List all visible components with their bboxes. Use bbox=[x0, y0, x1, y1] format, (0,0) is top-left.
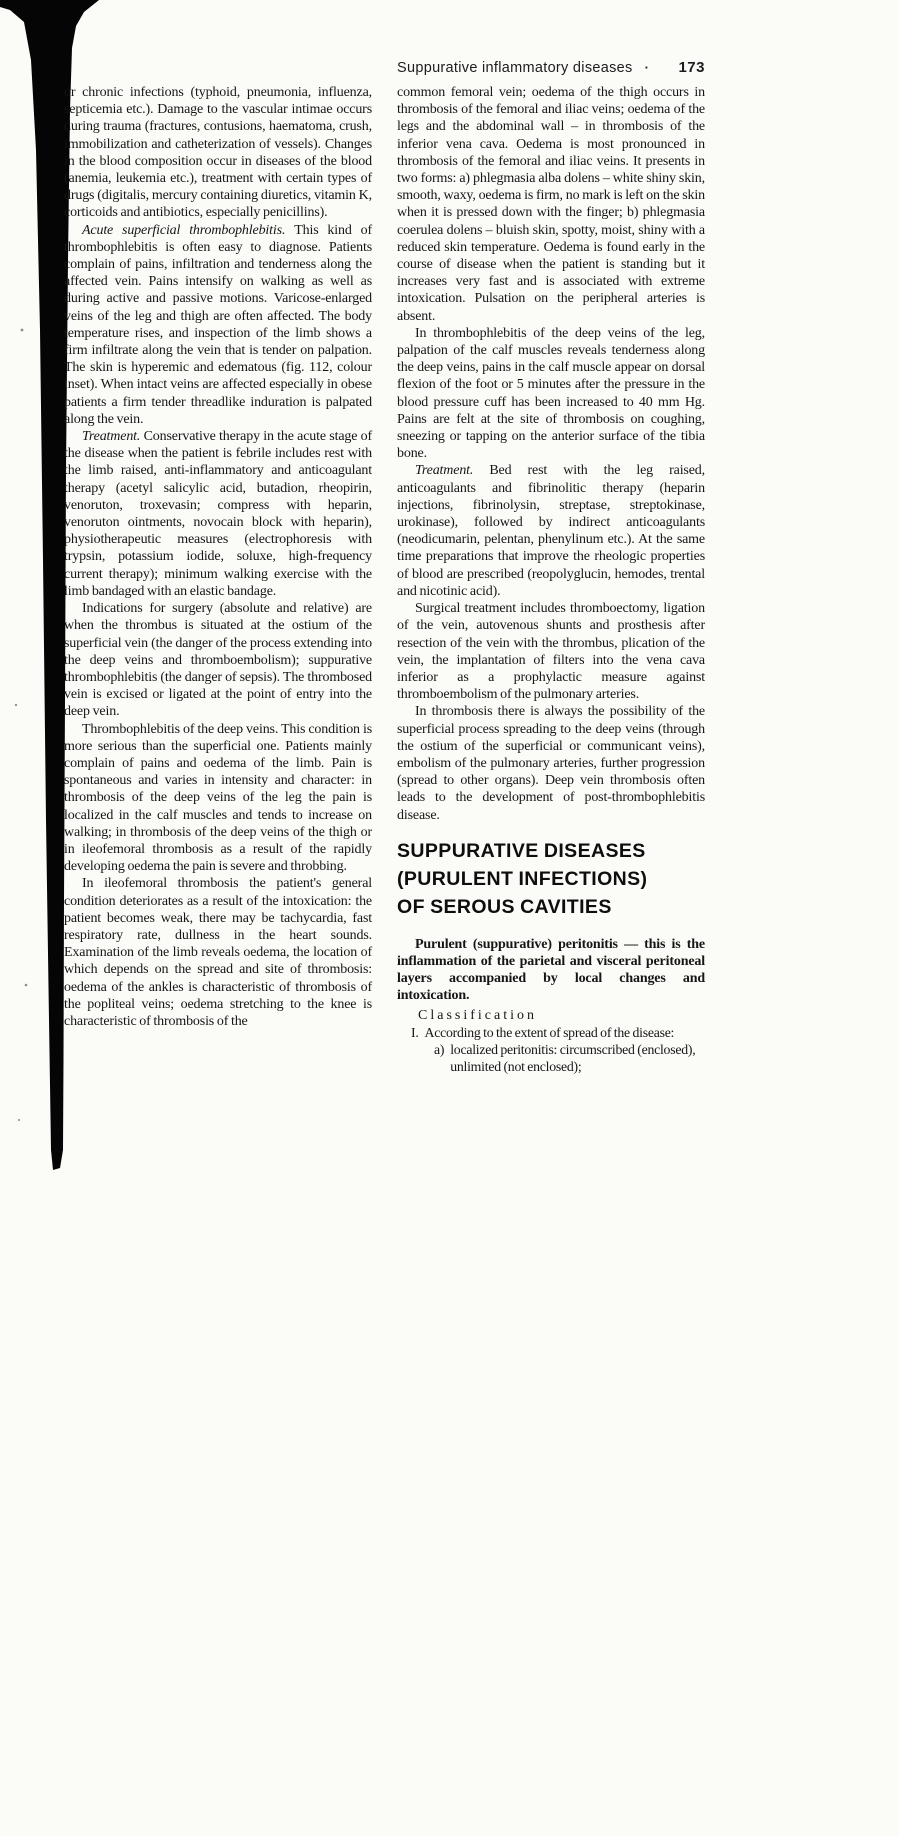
paragraph-lead: Treatment. bbox=[82, 429, 144, 444]
paragraph: In ileofemoral thrombosis the patient's … bbox=[64, 875, 372, 1030]
section-heading-line: SUPPURATIVE DISEASES bbox=[397, 837, 705, 865]
right-column: common femoral vein; oedema of the thigh… bbox=[397, 84, 705, 1075]
paragraph: Treatment. Conservative therapy in the a… bbox=[64, 428, 372, 600]
separator-dot-icon: · bbox=[645, 60, 650, 75]
paragraph-text: or chronic infections (typhoid, pneumoni… bbox=[64, 85, 372, 220]
paragraph-text: In ileofemoral thrombosis the patient's … bbox=[64, 876, 372, 1029]
left-column: or chronic infections (typhoid, pneumoni… bbox=[64, 84, 372, 1030]
running-head-title: Suppurative inflammatory diseases bbox=[397, 60, 633, 76]
paragraph: common femoral vein; oedema of the thigh… bbox=[397, 84, 705, 325]
paragraph: or chronic infections (typhoid, pneumoni… bbox=[64, 84, 372, 222]
paragraph: In thrombosis there is always the possib… bbox=[397, 703, 705, 823]
paragraph-lead: Treatment. bbox=[415, 463, 489, 478]
paragraph: Surgical treatment includes thromboectom… bbox=[397, 600, 705, 703]
paragraph-text: Indications for surgery (absolute and re… bbox=[64, 601, 372, 719]
paragraph: Treatment. Bed rest with the leg raised,… bbox=[397, 462, 705, 600]
list-item-text: localized peritonitis: circumscribed (en… bbox=[450, 1041, 705, 1075]
classification-item: I. According to the extent of spread of … bbox=[411, 1024, 705, 1041]
paragraph: Acute superficial thrombophlebitis. This… bbox=[64, 222, 372, 428]
paragraph: Thrombophlebitis of the deep veins. This… bbox=[64, 721, 372, 876]
paragraph-text: Thrombophlebitis of the deep veins. This… bbox=[64, 722, 372, 875]
list-marker: I. bbox=[411, 1024, 419, 1041]
paragraph-text: common femoral vein; oedema of the thigh… bbox=[397, 85, 705, 324]
page-number: 173 bbox=[678, 59, 705, 76]
section-heading: SUPPURATIVE DISEASES (PURULENT INFECTION… bbox=[397, 837, 705, 921]
paragraph-text: Surgical treatment includes thromboectom… bbox=[397, 601, 705, 702]
paragraph-lead: Acute superficial thrombophlebitis. bbox=[82, 223, 294, 238]
section-heading-line: OF SEROUS CAVITIES bbox=[397, 893, 705, 921]
classification-item: a) localized peritonitis: circumscribed … bbox=[434, 1041, 705, 1075]
peritonitis-definition-paragraph: Purulent (suppurative) peritonitis — thi… bbox=[397, 936, 705, 1005]
list-marker: a) bbox=[434, 1041, 444, 1075]
section-heading-line: (PURULENT INFECTIONS) bbox=[397, 865, 705, 893]
paragraph-text: In thrombophlebitis of the deep veins of… bbox=[397, 326, 705, 461]
paragraph: In thrombophlebitis of the deep veins of… bbox=[397, 325, 705, 463]
classification-label: Classification bbox=[418, 1007, 705, 1024]
list-item-text: According to the extent of spread of the… bbox=[425, 1024, 675, 1041]
paragraph: Indications for surgery (absolute and re… bbox=[64, 600, 372, 720]
paragraph-text: Bed rest with the leg raised, anticoagul… bbox=[397, 463, 705, 598]
paragraph-text: Conservative therapy in the acute stage … bbox=[64, 429, 372, 599]
paragraph-text: This kind of thrombophlebitis is often e… bbox=[64, 223, 372, 427]
paragraph-text: In thrombosis there is always the possib… bbox=[397, 704, 705, 822]
running-head: Suppurative inflammatory diseases · 173 bbox=[397, 59, 705, 76]
